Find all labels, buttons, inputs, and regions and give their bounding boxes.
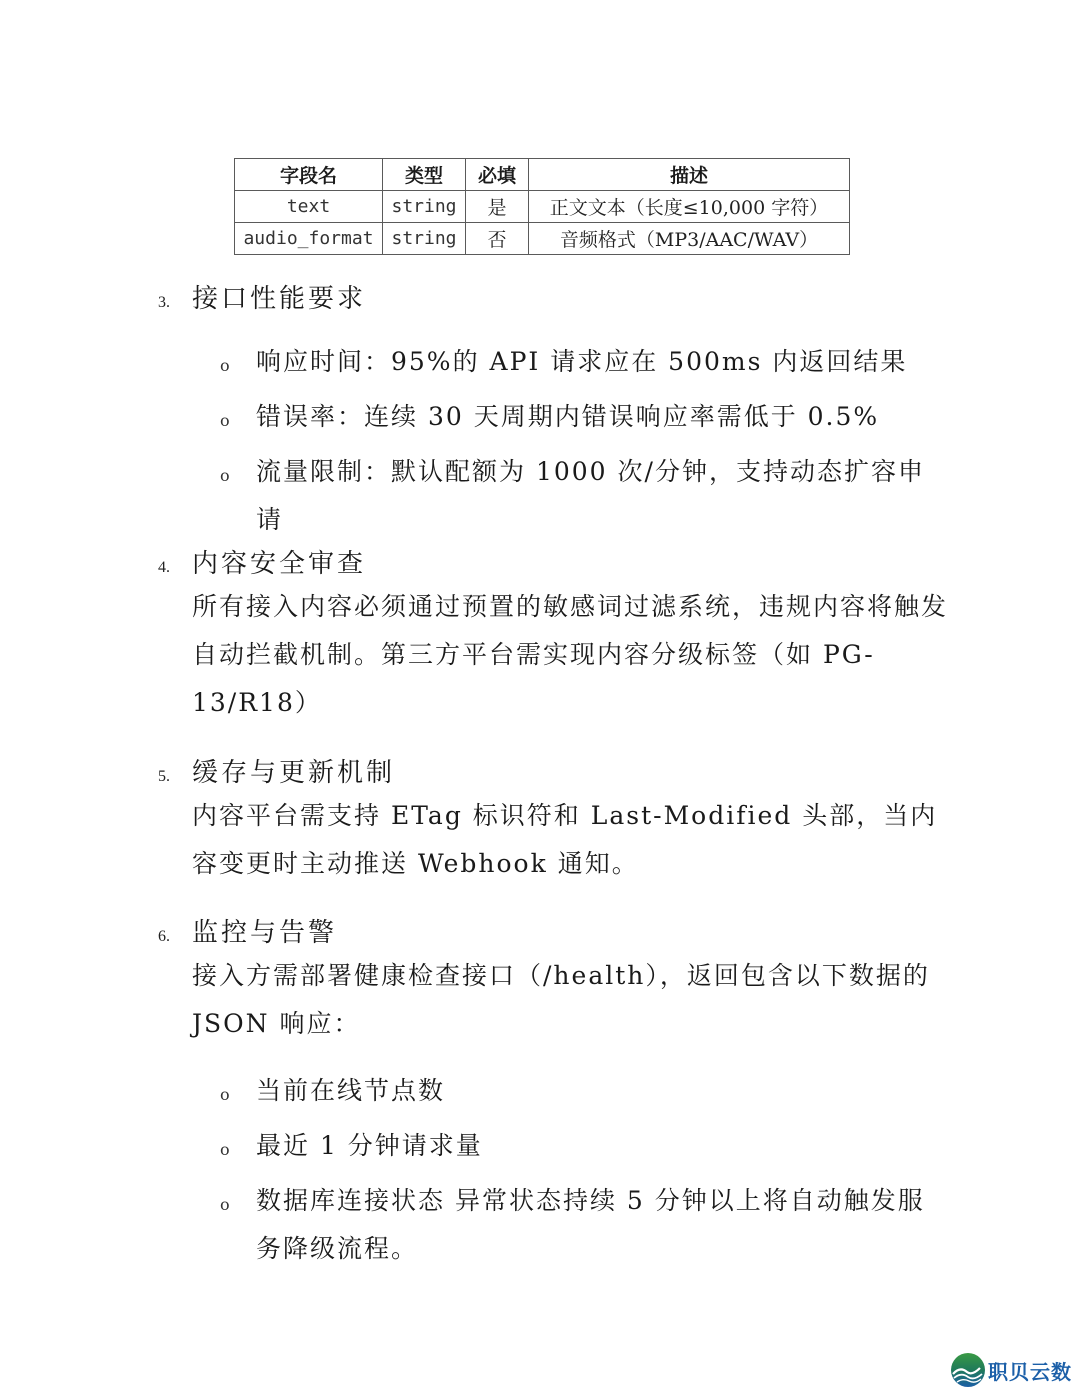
cell-description: 音频格式（MP3/AAC/WAV）	[529, 223, 850, 255]
section-cache-update: 5. 缓存与更新机制 内容平台需支持 ETag 标识符和 Last-Modifi…	[158, 752, 958, 888]
list-item: o 流量限制：默认配额为 1000 次/分钟，支持动态扩容申请	[220, 448, 940, 544]
cell-type: string	[383, 191, 466, 223]
list-item: o 数据库连接状态 异常状态持续 5 分钟以上将自动触发服务降级流程。	[220, 1177, 940, 1273]
section-heading: 3. 接口性能要求	[158, 278, 958, 318]
header-field-name: 字段名	[235, 159, 383, 191]
table-header-row: 字段名 类型 必填 描述	[235, 159, 850, 191]
header-type: 类型	[383, 159, 466, 191]
cell-field-name: text	[235, 191, 383, 223]
list-item-text: 当前在线节点数	[256, 1067, 940, 1115]
section-number: 5.	[158, 768, 192, 786]
table-row: audio_format string 否 音频格式（MP3/AAC/WAV）	[235, 223, 850, 255]
section-title: 监控与告警	[192, 912, 337, 949]
bullet-icon: o	[220, 1067, 256, 1119]
brand-name: 职贝云数	[988, 1356, 1072, 1385]
section-body: 内容平台需支持 ETag 标识符和 Last-Modified 头部，当内容变更…	[192, 792, 962, 888]
list-item-text: 错误率：连续 30 天周期内错误响应率需低于 0.5%	[256, 393, 940, 441]
list-item: o 错误率：连续 30 天周期内错误响应率需低于 0.5%	[220, 393, 940, 445]
cell-required: 否	[466, 223, 529, 255]
globe-wave-icon	[950, 1352, 986, 1388]
section-performance: 3. 接口性能要求	[158, 278, 958, 318]
section-title: 接口性能要求	[192, 278, 366, 315]
bullet-icon: o	[220, 393, 256, 445]
header-description: 描述	[529, 159, 850, 191]
section-heading: 6. 监控与告警	[158, 912, 958, 952]
monitoring-list: o 当前在线节点数 o 最近 1 分钟请求量 o 数据库连接状态 异常状态持续 …	[220, 1067, 940, 1276]
section-heading: 5. 缓存与更新机制	[158, 752, 958, 792]
list-item: o 当前在线节点数	[220, 1067, 940, 1119]
section-number: 6.	[158, 928, 192, 946]
cell-required: 是	[466, 191, 529, 223]
bullet-icon: o	[220, 338, 256, 390]
performance-list: o 响应时间：95%的 API 请求应在 500ms 内返回结果 o 错误率：连…	[220, 338, 940, 547]
list-item: o 响应时间：95%的 API 请求应在 500ms 内返回结果	[220, 338, 940, 390]
section-heading: 4. 内容安全审查	[158, 543, 958, 583]
section-title: 缓存与更新机制	[192, 752, 395, 789]
field-spec-table: 字段名 类型 必填 描述 text string 是 正文文本（长度≤10,00…	[234, 158, 850, 255]
section-number: 4.	[158, 559, 192, 577]
field-table-container: 字段名 类型 必填 描述 text string 是 正文文本（长度≤10,00…	[234, 158, 850, 255]
section-body: 所有接入内容必须通过预置的敏感词过滤系统，违规内容将触发自动拦截机制。第三方平台…	[192, 583, 962, 727]
table-row: text string 是 正文文本（长度≤10,000 字符）	[235, 191, 850, 223]
cell-field-name: audio_format	[235, 223, 383, 255]
section-content-security: 4. 内容安全审查 所有接入内容必须通过预置的敏感词过滤系统，违规内容将触发自动…	[158, 543, 958, 727]
section-body: 接入方需部署健康检查接口（/health），返回包含以下数据的 JSON 响应：	[192, 952, 962, 1048]
bullet-icon: o	[220, 1177, 256, 1229]
section-number: 3.	[158, 294, 192, 312]
cell-type: string	[383, 223, 466, 255]
list-item-text: 流量限制：默认配额为 1000 次/分钟，支持动态扩容申请	[256, 448, 940, 544]
list-item-text: 响应时间：95%的 API 请求应在 500ms 内返回结果	[256, 338, 940, 386]
header-required: 必填	[466, 159, 529, 191]
bullet-icon: o	[220, 448, 256, 500]
brand-logo: 职贝云数	[950, 1352, 1072, 1388]
cell-description: 正文文本（长度≤10,000 字符）	[529, 191, 850, 223]
list-item: o 最近 1 分钟请求量	[220, 1122, 940, 1174]
list-item-text: 最近 1 分钟请求量	[256, 1122, 940, 1170]
section-title: 内容安全审查	[192, 543, 366, 580]
section-monitoring: 6. 监控与告警 接入方需部署健康检查接口（/health），返回包含以下数据的…	[158, 912, 958, 1048]
list-item-text: 数据库连接状态 异常状态持续 5 分钟以上将自动触发服务降级流程。	[256, 1177, 940, 1273]
bullet-icon: o	[220, 1122, 256, 1174]
